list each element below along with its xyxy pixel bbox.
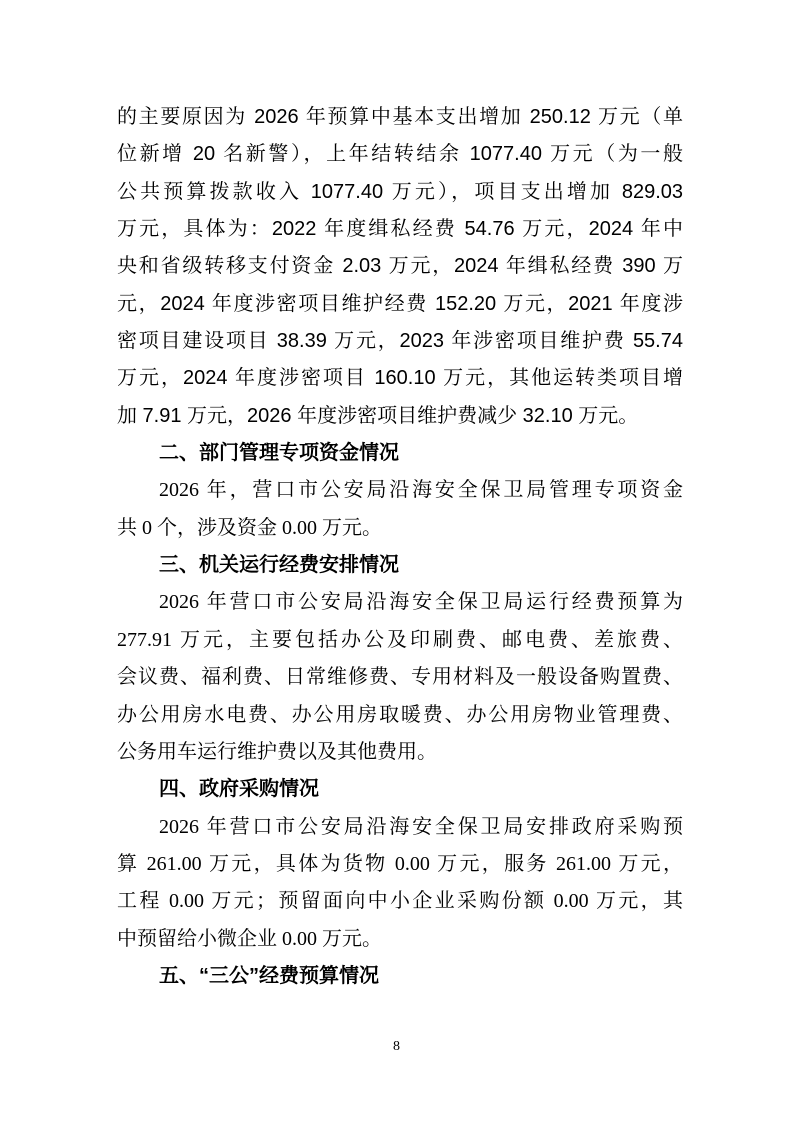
section-heading: 三、机关运行经费安排情况 [117, 547, 683, 584]
paragraph-line: 中预留给小微企业 0.00 万元。 [117, 921, 683, 958]
paragraph-line: 2026 年，营口市公安局沿海安全保卫局管理专项资金 [117, 472, 683, 509]
body-line: 公共预算拨款收入 1077.40 万元），项目支出增加 829.03 [117, 174, 683, 211]
paragraph-line: 会议费、福利费、日常维修费、专用材料及一般设备购置费、 [117, 659, 683, 696]
body-line: 的主要原因为 2026 年预算中基本支出增加 250.12 万元（单 [117, 99, 683, 136]
text-block: 的主要原因为 2026 年预算中基本支出增加 250.12 万元（单 位新增 2… [117, 99, 683, 995]
section-heading: 二、部门管理专项资金情况 [117, 435, 683, 472]
body-line: 万元，具体为：2022 年度缉私经费 54.76 万元，2024 年中 [117, 211, 683, 248]
paragraph-line: 公务用车运行维护费以及其他费用。 [117, 734, 683, 771]
paragraph-line: 2026 年营口市公安局沿海安全保卫局运行经费预算为 [117, 584, 683, 621]
section-heading: 四、政府采购情况 [117, 771, 683, 808]
body-line: 密项目建设项目 38.39 万元，2023 年涉密项目维护费 55.74 [117, 323, 683, 360]
body-line: 元，2024 年度涉密项目维护经费 152.20 万元，2021 年度涉 [117, 286, 683, 323]
page-number: 8 [0, 1038, 793, 1056]
paragraph-line: 算 261.00 万元，具体为货物 0.00 万元，服务 261.00 万元， [117, 846, 683, 883]
body-line: 万元，2024 年度涉密项目 160.10 万元，其他运转类项目增 [117, 360, 683, 397]
section-heading: 五、“三公”经费预算情况 [117, 958, 683, 995]
body-line: 位新增 20 名新警），上年结转结余 1077.40 万元（为一般 [117, 136, 683, 173]
paragraph-line: 办公用房水电费、办公用房取暖费、办公用房物业管理费、 [117, 697, 683, 734]
paragraph-line: 277.91 万元，主要包括办公及印刷费、邮电费、差旅费、 [117, 622, 683, 659]
paragraph-line: 共 0 个，涉及资金 0.00 万元。 [117, 510, 683, 547]
body-line: 加 7.91 万元，2026 年度涉密项目维护费减少 32.10 万元。 [117, 398, 683, 435]
document-page: 的主要原因为 2026 年预算中基本支出增加 250.12 万元（单 位新增 2… [0, 0, 793, 1122]
body-line: 央和省级转移支付资金 2.03 万元，2024 年缉私经费 390 万 [117, 248, 683, 285]
paragraph-line: 工程 0.00 万元；预留面向中小企业采购份额 0.00 万元，其 [117, 883, 683, 920]
paragraph-line: 2026 年营口市公安局沿海安全保卫局安排政府采购预 [117, 809, 683, 846]
